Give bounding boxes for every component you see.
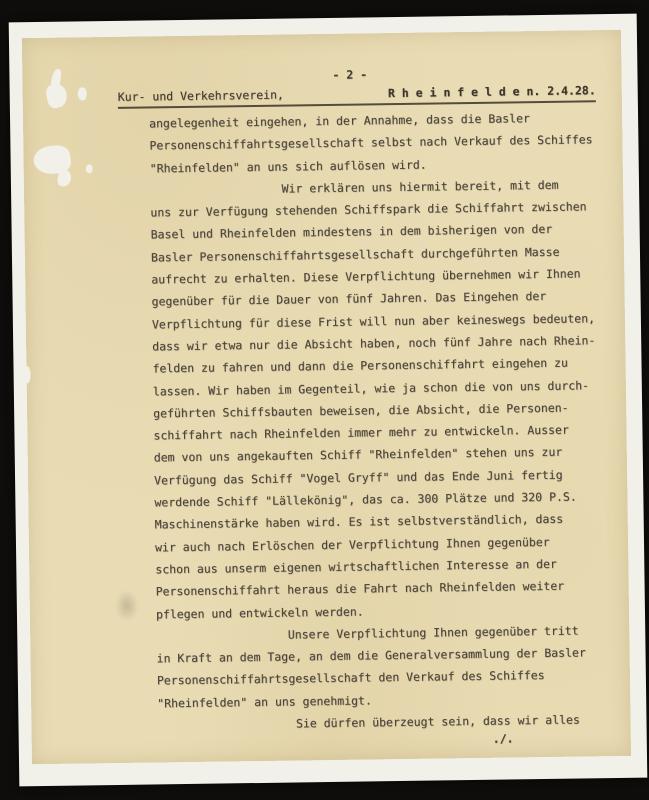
place-date: R h e i n f e l d e n. 2.4.28.	[388, 83, 596, 100]
paper-damage-mark	[56, 168, 73, 188]
sender-name: Kur- und Verkehrsverein,	[118, 88, 284, 104]
page-number: - 2 -	[332, 67, 367, 81]
letter-body: angelegenheit eingehen, in der Annahme, …	[149, 106, 601, 736]
photo-stage: - 2 - Kur- und Verkehrsverein, R h e i n…	[0, 0, 649, 800]
paper-damage-mark	[78, 87, 87, 100]
backing-sheet: - 2 - Kur- und Verkehrsverein, R h e i n…	[9, 14, 648, 787]
continuation-mark: ./.	[493, 731, 514, 745]
typed-line: Sie dürfen überzeugt sein, dass wir alle…	[157, 708, 600, 736]
paper-damage-mark	[24, 366, 30, 383]
typed-text: - 2 - Kur- und Verkehrsverein, R h e i n…	[117, 64, 613, 771]
docket-line: Kur- und Verkehrsverein, R h e i n f e l…	[118, 83, 596, 109]
document-page: - 2 - Kur- und Verkehrsverein, R h e i n…	[22, 30, 631, 764]
paper-damage-mark	[44, 82, 69, 110]
paper-damage-mark	[86, 164, 93, 173]
